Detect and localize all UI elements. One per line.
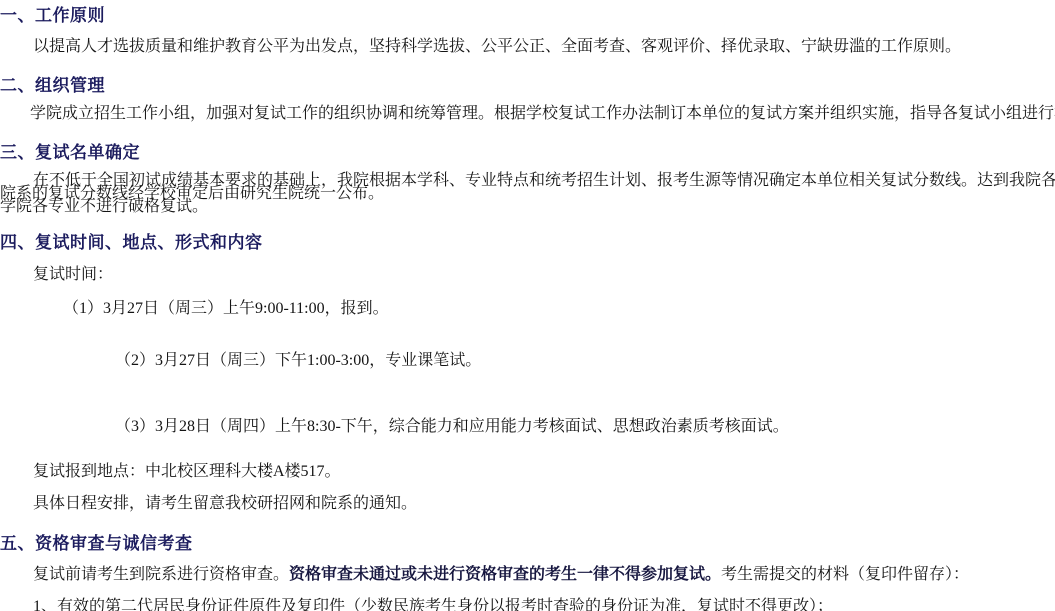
paragraph-required-material-1: 1、有效的第二代居民身份证件原件及复印件（少数民族考生身份以报考时查验的身份证为…	[33, 598, 833, 611]
paragraph-shortlist-line-3: 学院各专业不进行破格复试。	[0, 198, 208, 215]
paragraph-qualification-review: 复试前请考生到院系进行资格审查。资格审查未通过或未进行资格审查的考生一律不得参加…	[33, 566, 969, 583]
qualification-review-post-text: 考生需提交的材料（复印件留存）：	[721, 566, 969, 583]
paragraph-schedule-item-2: （2）3月27日（周三）下午1:00-3:00，专业课笔试。	[115, 352, 481, 369]
paragraph-exam-time-label: 复试时间：	[33, 266, 113, 283]
qualification-review-bold-warning: 资格审查未通过或未进行资格审查的考生一律不得参加复试。	[289, 566, 721, 583]
section-heading-organization: 二、组织管理	[0, 76, 105, 95]
paragraph-schedule-notice: 具体日程安排，请考生留意我校研招网和院系的通知。	[33, 495, 417, 512]
paragraph-schedule-item-1: （1）3月27日（周三）上午9:00-11:00，报到。	[63, 300, 389, 317]
qualification-review-pre-text: 复试前请考生到院系进行资格审查。	[33, 566, 289, 583]
paragraph-checkin-location: 复试报到地点：中北校区理科大楼A楼517。	[33, 463, 341, 480]
notice-document: 一、工作原则 以提高人才选拔质量和维护教育公平为出发点，坚持科学选拔、公平公正、…	[0, 0, 1055, 611]
section-heading-shortlist: 三、复试名单确定	[0, 143, 140, 162]
section-heading-schedule: 四、复试时间、地点、形式和内容	[0, 233, 263, 252]
paragraph-organization: 学院成立招生工作小组，加强对复试工作的组织协调和统筹管理。根据学校复试工作办法制…	[30, 105, 1055, 122]
section-heading-work-principles: 一、工作原则	[0, 6, 105, 25]
section-heading-qualification-review: 五、资格审查与诚信考查	[0, 534, 193, 553]
paragraph-schedule-item-3: （3）3月28日（周四）上午8:30-下午，综合能力和应用能力考核面试、思想政治…	[115, 418, 789, 435]
paragraph-work-principles: 以提高人才选拔质量和维护教育公平为出发点，坚持科学选拔、公平公正、全面考查、客观…	[33, 38, 961, 55]
